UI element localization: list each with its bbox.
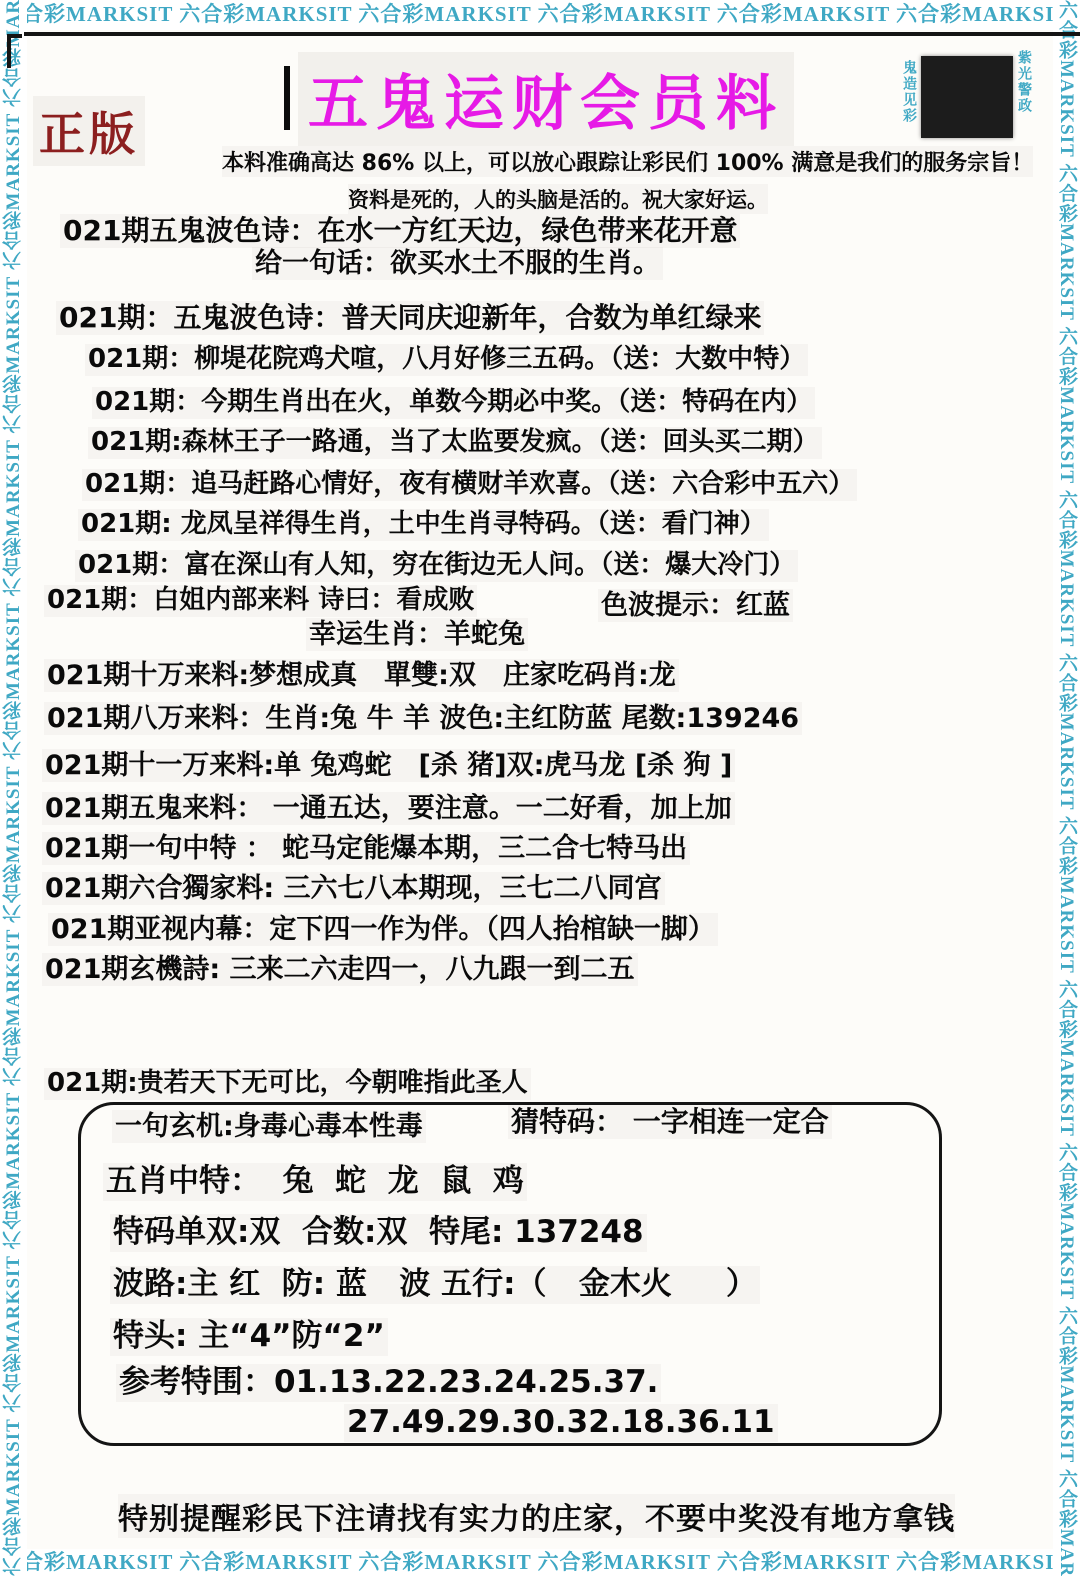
text-line: 021期亚视内幕：定下四一作为伴。（四人抬棺缺一脚） — [48, 913, 718, 946]
corner-mark — [7, 34, 22, 68]
text-line: 特头: 主“4”防“2” — [110, 1318, 388, 1356]
left-watermark-border: 六合彩MARKSIT 六合彩MARKSIT 六合彩MARKSIT 六合彩MARK… — [0, 0, 27, 1576]
top-watermark-border: 六合彩MARKSIT 六合彩MARKSIT 六合彩MARKSIT 六合彩MARK… — [0, 0, 1080, 30]
text-line: 021期：追马赶路心情好，夜有横财羊欢喜。（送：六合彩中五六） — [82, 469, 857, 501]
text-line: 猜特码： 一字相连一定合 — [508, 1105, 832, 1139]
text-line: 021期: 龙凤呈祥得生肖，土中生肖寻特码。（送：看门神） — [78, 509, 769, 541]
text-line: 一句玄机:身毒心毒本性毒 — [112, 1110, 426, 1143]
title-divider-bar — [284, 66, 290, 130]
page-title: 五鬼运财会员料 — [298, 52, 794, 146]
text-line: 021期五鬼波色诗：在水一方红天边，绿色带来花开意 — [60, 214, 740, 248]
text-line: 27.49.29.30.32.18.36.11 — [344, 1404, 778, 1442]
stamp-left-text: 鬼造见彩 — [901, 60, 917, 124]
text-line: 特码单双:双 合数:双 特尾: 137248 — [110, 1214, 647, 1252]
accuracy-claim: 本料准确高达 86% 以上，可以放心跟踪让彩民们 100% 满意是我们的服务宗旨… — [222, 146, 1033, 177]
text-line: 021期:森林王子一路通，当了太监要发疯。（送：回头买二期） — [88, 427, 822, 459]
lottery-tip-sheet: 六合彩MARKSIT 六合彩MARKSIT 六合彩MARKSIT 六合彩MARK… — [0, 0, 1080, 1576]
text-line: 021期一句中特 ： 蛇马定能爆本期，三二合七特马出 — [42, 832, 690, 865]
stamp-right-text: 紫光警政 — [1016, 50, 1032, 114]
text-line: 021期：富在深山有人知，穷在街边无人问。（送：爆大冷门） — [75, 550, 798, 582]
text-line: 021期：白姐内部来料 诗曰：看成败 — [44, 585, 477, 617]
redacted-stamp — [921, 56, 1013, 138]
bottom-watermark-border: 六合彩MARKSIT 六合彩MARKSIT 六合彩MARKSIT 六合彩MARK… — [0, 1549, 1080, 1576]
text-line: 021期玄機詩: 三来二六走四一，八九跟一到二五 — [42, 953, 638, 986]
text-line: 021期：五鬼波色诗：普天同庆迎新年，合数为单红绿来 — [56, 301, 764, 335]
right-watermark-border: 六合彩MARKSIT 六合彩MARKSIT 六合彩MARKSIT 六合彩MARK… — [1053, 0, 1080, 1576]
top-frame-line — [24, 32, 1080, 36]
text-line: 021期：柳堤花院鸡犬喧，八月好修三五码。（送：大数中特） — [85, 344, 808, 376]
text-line: 给一句话：欲买水土不服的生肖。 — [252, 247, 663, 280]
text-line: 021期六合獨家料: 三六七八本期现，三七二八同宫 — [42, 872, 665, 905]
motto-line: 资料是死的，人的头脑是活的。祝大家好运。 — [348, 184, 768, 214]
text-line: 参考特围：01.13.22.23.24.25.37. — [116, 1364, 661, 1402]
edition-label: 正版 — [33, 96, 145, 166]
text-line: 021期五鬼来料： 一通五达，要注意。一二好看，加上加 — [42, 792, 735, 825]
text-line: 021期:贵若天下无可比，今朝唯指此圣人 — [44, 1068, 531, 1100]
text-line: 波路:主 红 防: 蓝 波 五行:（ 金木火 ） — [110, 1266, 760, 1304]
text-line: 色波提示：红蓝 — [598, 589, 793, 622]
text-line: 五肖中特： 兔 蛇 龙 鼠 鸡 — [103, 1163, 527, 1201]
text-line: 021期十万来料:梦想成真 單雙:双 庄家吃码肖:龙 — [44, 659, 679, 692]
footer-warning: 特别提醒彩民下注请找有实力的庄家，不要中奖没有地方拿钱 — [118, 1494, 955, 1538]
text-line: 幸运生肖：羊蛇兔 — [306, 618, 528, 651]
text-line: 021期十一万来料:单 兔鸡蛇 [杀 猪]双:虎马龙 [杀 狗 ] — [42, 749, 735, 782]
text-line: 021期：今期生肖出在火，单数今期必中奖。（送：特码在内） — [92, 387, 815, 419]
text-line: 021期八万来料：生肖:兔 牛 羊 波色:主红防蓝 尾数:139246 — [44, 702, 802, 735]
